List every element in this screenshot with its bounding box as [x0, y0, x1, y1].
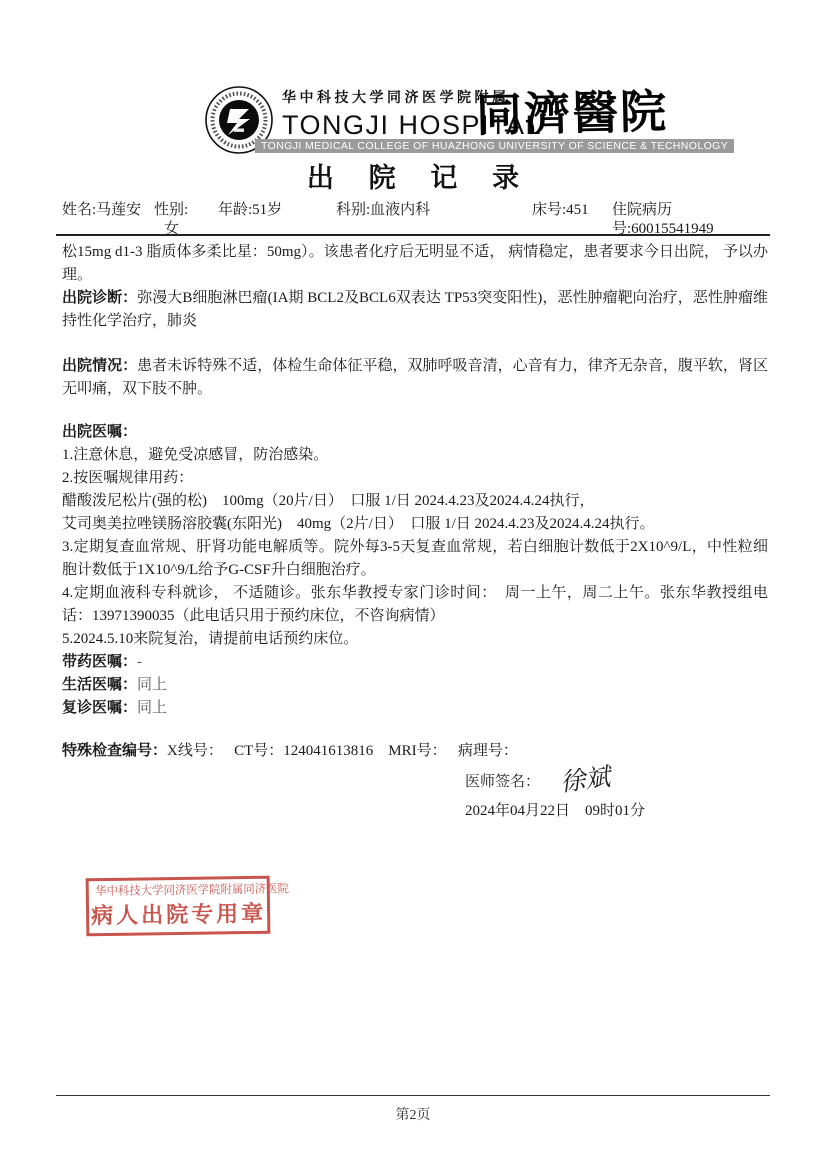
stamp-hospital-name: 华中科技大学同济医学院附属同济医院: [95, 880, 261, 899]
discharge-record-page: 华中科技大学同济医学院附属 TONGJI HOSPITAL 同濟醫院 TONGJ…: [0, 0, 826, 1169]
footer-divider: [56, 1095, 770, 1096]
signature-datetime: 2024年04月22日 09时01分: [465, 799, 645, 820]
advice-line: 5.2024.5.10来院复治，请提前电话预约床位。: [62, 628, 768, 651]
followup-advice-value: 同上: [137, 700, 167, 716]
condition-text: 患者未诉特殊不适，体检生命体征平稳，双肺呼吸音清，心音有力，律齐无杂音，腹平软，…: [62, 358, 768, 397]
advice-line-medication: 艾司奥美拉唑镁肠溶胶囊(东阳光) 40mg（2片/日） 口服 1/日 2024.…: [62, 513, 768, 536]
medication-advice-value: -: [137, 654, 142, 670]
advice-line: 3.定期复查血常规、肝肾功能电解质等。院外每3-5天复查血常规，若白细胞计数低于…: [62, 536, 768, 582]
followup-advice-row: 复诊医嘱：同上: [62, 697, 768, 720]
special-exam-row: 特殊检查编号：X线号： CT号：124041613816 MRI号： 病理号：: [62, 740, 768, 763]
diagnosis-paragraph: 出院诊断：弥漫大B细胞淋巴瘤(IA期 BCL2及BCL6双表达 TP53突变阳性…: [62, 287, 768, 333]
condition-label: 出院情况：: [62, 358, 137, 374]
medication-advice-row: 带药医嘱：-: [62, 651, 768, 674]
continuation-paragraph: 松15mg d1-3 脂质体多柔比星：50mg）。该患者化疗后无明显不适， 病情…: [62, 241, 768, 287]
discharge-stamp: 华中科技大学同济医学院附属同济医院 病人出院专用章: [86, 876, 271, 937]
signature-block: 医师签名： 徐斌 2024年04月22日 09时01分: [465, 770, 645, 820]
condition-paragraph: 出院情况：患者未诉特殊不适，体检生命体征平稳，双肺呼吸音清，心音有力，律齐无杂音…: [62, 355, 768, 401]
advice-section-label: 出院医嘱：: [62, 421, 768, 444]
diagnosis-label: 出院诊断：: [62, 290, 137, 306]
life-advice-value: 同上: [137, 677, 167, 693]
page-number: 第2页: [0, 1104, 826, 1124]
special-exam-label: 特殊检查编号：: [62, 743, 167, 759]
doctor-signature-handwriting: 徐斌: [558, 757, 612, 799]
page-title: 出 院 记 录: [0, 156, 826, 195]
diagnosis-text: 弥漫大B细胞淋巴瘤(IA期 BCL2及BCL6双表达 TP53突变阳性)，恶性肿…: [62, 290, 768, 329]
advice-line: 4.定期血液科专科就诊， 不适随诊。张东华教授专家门诊时间： 周一上午，周二上午…: [62, 582, 768, 628]
medication-advice-label: 带药医嘱：: [62, 654, 137, 670]
life-advice-label: 生活医嘱：: [62, 677, 137, 693]
hospital-college-banner: TONGJI MEDICAL COLLEGE OF HUAZHONG UNIVE…: [255, 139, 734, 153]
life-advice-row: 生活医嘱：同上: [62, 674, 768, 697]
header-divider: [56, 234, 770, 236]
stamp-seal-title: 病人出院专用章: [91, 897, 265, 930]
advice-line: 2.按医嘱规律用药：: [62, 467, 768, 490]
advice-line-medication: 醋酸泼尼松片(强的松) 100mg（20片/日） 口服 1/日 2024.4.2…: [62, 490, 768, 513]
hospital-name-calligraphy: 同濟醫院: [475, 73, 776, 145]
followup-advice-label: 复诊医嘱：: [62, 700, 137, 716]
advice-line: 1.注意休息，避免受凉感冒，防治感染。: [62, 444, 768, 467]
doctor-signature-label: 医师签名：: [465, 770, 540, 791]
special-exam-numbers: X线号： CT号：124041613816 MRI号： 病理号：: [167, 743, 518, 759]
record-body: 松15mg d1-3 脂质体多柔比星：50mg）。该患者化疗后无明显不适， 病情…: [62, 241, 768, 763]
